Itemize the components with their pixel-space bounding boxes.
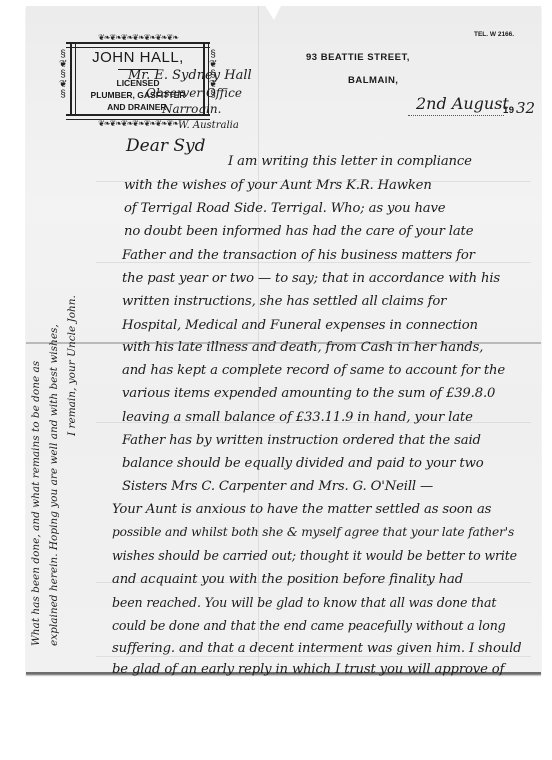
margin-note-line-1: What has been done, and what remains to … [30, 361, 42, 646]
body-line: could be done and that the end came peac… [112, 618, 506, 633]
recipient-office: Observer Office [146, 86, 242, 100]
body-line: been reached. You will be glad to know t… [112, 595, 496, 610]
ruled-line [96, 656, 531, 657]
body-line: be glad of an early reply in which I tru… [112, 662, 504, 677]
letter-paper: ❦❧❦❧❦❧❦❧❦❧❦❧❦❧ §❦§❦§ §❦§❦§ JOHN HALL, LI… [26, 6, 541, 674]
date-year-suffix: 32 [516, 99, 535, 117]
letterhead-border-top [66, 42, 210, 48]
body-line: suffering. and that a decent interment w… [112, 641, 521, 656]
body-line: with his late illness and death, from Ca… [122, 340, 483, 355]
body-line: with the wishes of your Aunt Mrs K.R. Ha… [124, 178, 432, 193]
salutation: Dear Syd [126, 136, 206, 156]
date-year-prefix: 19 [503, 105, 515, 116]
recipient-town: Narrogin. [162, 102, 221, 116]
body-line: leaving a small balance of £33.11.9 in h… [122, 410, 473, 425]
recipient-name: Mr. E. Sydney Hall [128, 68, 252, 83]
date-dotted-line [408, 114, 504, 116]
margin-note-line-2: explained herein. Hoping you are well an… [48, 324, 60, 646]
paper-tear [264, 4, 282, 20]
body-line: possible and whilst both she & myself ag… [112, 525, 514, 539]
telephone-number: TEL. W 2166. [474, 31, 514, 38]
address-street: 93 BEATTIE STREET, [306, 52, 410, 63]
ornament-top-icon: ❦❧❦❧❦❧❦❧❦❧❦❧❦❧ [80, 34, 196, 42]
address-suburb: BALMAIN, [348, 75, 398, 86]
body-line: balance should be equally divided and pa… [122, 456, 484, 471]
business-name: JOHN HALL, [72, 49, 204, 66]
scroll-ornament-left-icon: §❦§❦§ [59, 50, 67, 108]
body-line: Father has by written instruction ordere… [122, 433, 481, 448]
body-line: and has kept a complete record of same t… [122, 363, 505, 378]
body-line: of Terrigal Road Side. Terrigal. Who; as… [124, 201, 445, 216]
body-line: various items expended amounting to the … [122, 386, 495, 401]
body-line: and acquaint you with the position befor… [112, 572, 463, 587]
body-line: Your Aunt is anxious to have the matter … [112, 502, 491, 517]
body-line: Hospital, Medical and Funeral expenses i… [122, 318, 478, 333]
body-line: Sisters Mrs C. Carpenter and Mrs. G. O'N… [122, 479, 433, 494]
recipient-state: W. Australia [178, 120, 239, 131]
body-line: written instructions, she has settled al… [122, 294, 446, 309]
date-day-month: 2nd August [416, 94, 509, 113]
margin-note-line-3: I remain, your Uncle John. [66, 295, 78, 436]
body-line: wishes should be carried out; thought it… [112, 548, 517, 563]
body-line: I am writing this letter in compliance [228, 154, 472, 169]
body-line: Father and the transaction of his busine… [122, 248, 475, 263]
body-line: the past year or two — to say; that in a… [122, 271, 500, 286]
body-line: no doubt been informed has had the care … [124, 224, 473, 239]
